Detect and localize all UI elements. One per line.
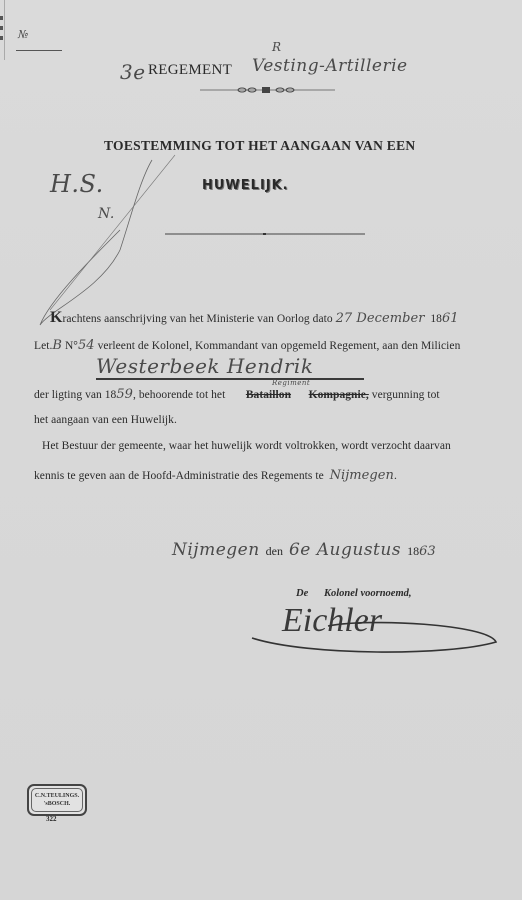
stamp-border — [31, 788, 83, 812]
name-rule — [96, 378, 364, 380]
printer-stamp: C.N.TEULINGS. 'sBOSCH. — [27, 784, 87, 816]
body-text: , behoorende tot het — [133, 389, 225, 401]
den-label: den — [266, 544, 283, 558]
stamp-number: 322 — [46, 815, 57, 823]
body-line-2: Let.B N°54 verleent de Kolonel, Kommanda… — [34, 338, 460, 353]
unit-superscript: Regiment — [272, 379, 310, 387]
issue-place: Nijmegen — [172, 540, 260, 560]
body-line-4: der ligting van 1859, behoorende tot het… — [34, 387, 440, 402]
number-rule — [16, 50, 62, 51]
order-year: 61 — [442, 311, 459, 326]
struck-kompagnie: Kompagnie, — [309, 389, 369, 401]
drop-initial: K — [50, 309, 63, 326]
issue-year: 63 — [419, 544, 436, 559]
body-line-7: kennis te geven aan de Hoofd-Administrat… — [34, 468, 397, 483]
body-text: rachtens aanschrijving van het Ministeri… — [63, 313, 333, 325]
year-prefix: 18 — [407, 544, 419, 558]
ornament-divider — [200, 86, 335, 94]
body-text: verleent de Kolonel, Kommandant van opge… — [98, 340, 461, 352]
document-number-label: № — [18, 28, 29, 41]
document-title: TOESTEMMING TOT HET AANGAAN VAN EEN — [104, 138, 415, 154]
struck-bataillon: Bataillon — [246, 389, 291, 401]
body-line-5: het aangaan van een Huwelijk. — [34, 414, 177, 426]
regiment-name: Vesting-Artillerie — [252, 56, 408, 76]
let-label: Let. — [34, 340, 52, 352]
body-text: kennis te geven aan de Hoofd-Administrat… — [34, 470, 324, 482]
administration-place: Nijmegen — [330, 468, 394, 483]
order-number: 54 — [78, 338, 95, 353]
colonel-label: De Kolonel voornoemd, — [296, 588, 412, 599]
milicien-name: Westerbeek Hendrik — [96, 354, 313, 378]
issue-day: 6e Augustus — [289, 540, 401, 560]
document-title-huwelijk: HUWELIJK. — [202, 178, 289, 193]
signature-swash — [248, 612, 500, 656]
margin-note-sub: N. — [98, 206, 115, 222]
body-line-6: Het Bestuur der gemeente, waar het huwel… — [42, 440, 451, 452]
year-prefix: 18 — [430, 313, 442, 325]
place-date-line: Nijmegen den 6e Augustus 1863 — [172, 540, 436, 560]
title-rule — [165, 233, 365, 235]
margin-note: H.S. — [50, 170, 104, 198]
letter-value: B — [52, 338, 62, 353]
regiment-name-superscript: R — [272, 40, 282, 54]
body-text: vergunning tot — [372, 389, 440, 401]
order-date: 27 December — [336, 311, 425, 326]
regiment-number: 3e — [120, 60, 146, 84]
binding-marks — [0, 10, 6, 50]
document-page: № 3e REGEMENT R Vesting-Artillerie TOEST… — [0, 0, 522, 900]
body-line-1: Krachtens aanschrijving van het Minister… — [50, 309, 459, 327]
no-label: N° — [65, 340, 78, 352]
levy-year: 59 — [116, 387, 133, 402]
body-text: der ligting van 18 — [34, 389, 116, 401]
regiment-label: REGEMENT — [148, 62, 232, 79]
